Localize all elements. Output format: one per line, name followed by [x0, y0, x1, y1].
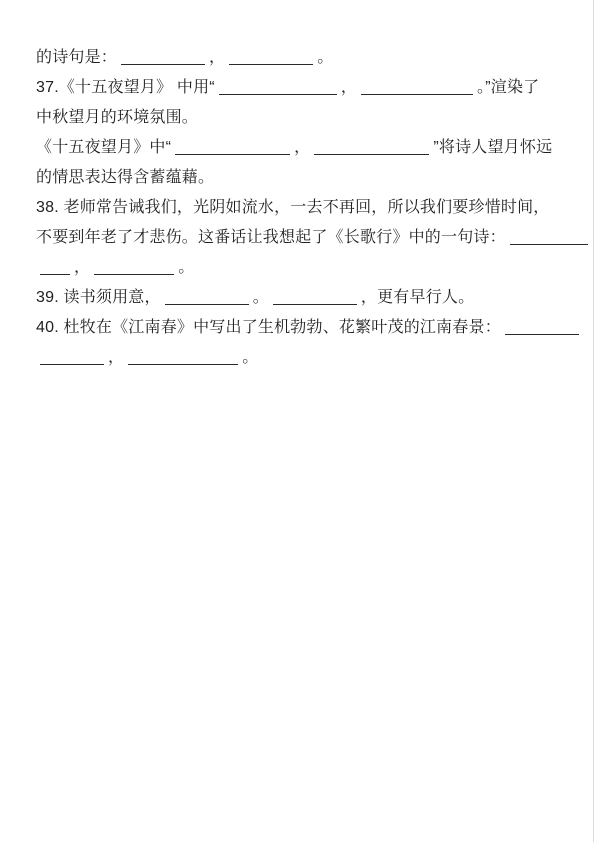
text-segment: ，: [74, 259, 90, 276]
text-segment: ，: [209, 49, 225, 66]
page-edge-line: [593, 0, 594, 842]
document-line: 中秋望月的环境氛围。: [36, 103, 592, 133]
document-line: 的诗句是：，。: [36, 43, 592, 73]
text-segment: ，: [341, 79, 357, 96]
text-segment: 《十五夜望月》中“: [36, 139, 171, 156]
fill-in-blank: [229, 45, 313, 65]
document-line: 《十五夜望月》中“，”将诗人望月怀远: [36, 133, 592, 163]
text-segment: 中秋望月的环境氛围。: [36, 109, 198, 126]
text-segment: 39. 读书须用意，: [36, 289, 161, 306]
document-line: ，。: [36, 343, 592, 373]
text-segment: ，: [108, 349, 124, 366]
fill-in-blank: [510, 225, 588, 245]
fill-in-blank: [40, 255, 70, 275]
worksheet-page: 的诗句是：，。37.《十五夜望月》 中用“，。”渲染了中秋望月的环境氛围。《十五…: [0, 0, 596, 842]
fill-in-blank: [219, 75, 337, 95]
fill-in-blank: [121, 45, 205, 65]
text-segment: 37.《十五夜望月》 中用“: [36, 79, 215, 96]
text-segment: 。: [178, 259, 194, 276]
text-segment: 不要到年老了才悲伤。这番话让我想起了《长歌行》中的一句诗：: [36, 229, 506, 246]
fill-in-blank: [94, 255, 174, 275]
document-text: 的诗句是：，。37.《十五夜望月》 中用“，。”渲染了中秋望月的环境氛围。《十五…: [36, 43, 592, 373]
text-segment: 。: [253, 289, 269, 306]
text-segment: 38. 老师常告诫我们，光阴如流水，一去不再回，所以我们要珍惜时间，: [36, 199, 550, 216]
text-segment: ，: [294, 139, 310, 156]
fill-in-blank: [273, 285, 357, 305]
text-segment: 的情思表达得含蓄蕴藉。: [36, 169, 214, 186]
fill-in-blank: [128, 345, 238, 365]
text-segment: 。: [242, 349, 258, 366]
text-segment: 。: [317, 49, 333, 66]
document-line: 40. 杜牧在《江南春》中写出了生机勃勃、花繁叶茂的江南春景：: [36, 313, 592, 343]
text-segment: 40. 杜牧在《江南春》中写出了生机勃勃、花繁叶茂的江南春景：: [36, 319, 501, 336]
fill-in-blank: [165, 285, 249, 305]
fill-in-blank: [175, 135, 290, 155]
document-line: 的情思表达得含蓄蕴藉。: [36, 163, 592, 193]
text-segment: ，更有早行人。: [361, 289, 474, 306]
text-segment: 的诗句是：: [36, 49, 117, 66]
document-line: 39. 读书须用意，。，更有早行人。: [36, 283, 592, 313]
fill-in-blank: [505, 315, 579, 335]
text-segment: 。”渲染了: [477, 79, 539, 96]
fill-in-blank: [40, 345, 104, 365]
document-line: 37.《十五夜望月》 中用“，。”渲染了: [36, 73, 592, 103]
text-segment: ”将诗人望月怀远: [433, 139, 552, 156]
document-line: ，。: [36, 253, 592, 283]
fill-in-blank: [361, 75, 473, 95]
document-line: 不要到年老了才悲伤。这番话让我想起了《长歌行》中的一句诗：: [36, 223, 592, 253]
fill-in-blank: [314, 135, 429, 155]
document-line: 38. 老师常告诫我们，光阴如流水，一去不再回，所以我们要珍惜时间，: [36, 193, 592, 223]
